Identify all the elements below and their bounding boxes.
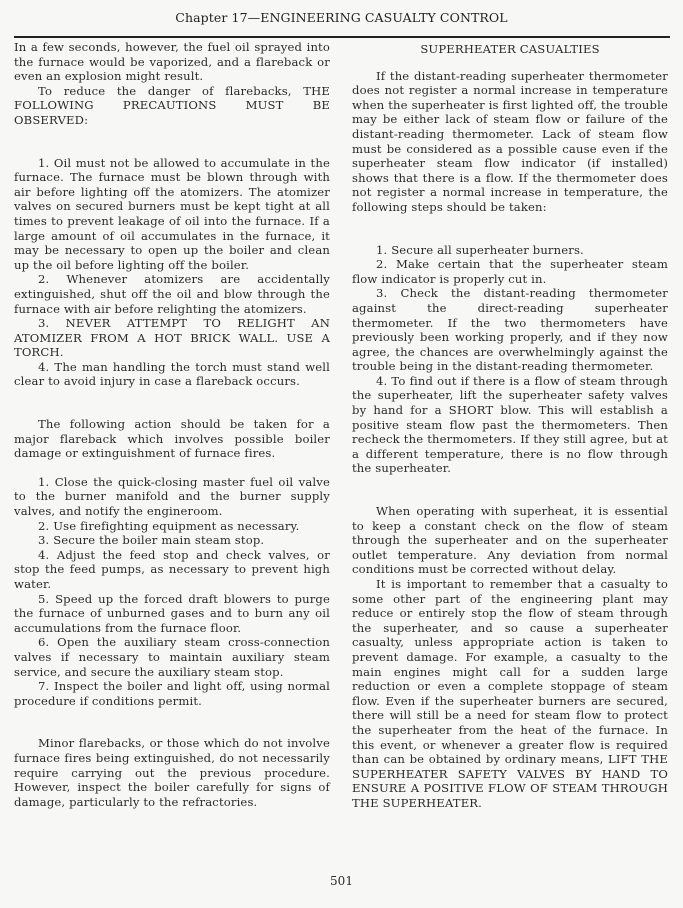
right-column: SUPERHEATER CASUALTIES If the distant-re… [352,40,668,811]
precaution-item: 2. Whenever atomizers are accidentally e… [14,272,330,316]
left-column: In a few seconds, however, the fuel oil … [14,40,330,809]
precautions-lead: To reduce the danger of flarebacks, THE … [14,84,330,128]
running-header: Chapter 17—ENGINEERING CASUALTY CONTROL [0,10,683,25]
major-flareback-lead: The following action should be taken for… [14,417,330,461]
intro-paragraph: In a few seconds, however, the fuel oil … [14,40,330,84]
superheater-step: 1. Secure all superheater burners. [352,243,668,258]
precaution-item: 4. The man handling the torch must stand… [14,360,330,389]
major-step: 3. Secure the boiler main steam stop. [14,533,330,548]
precaution-item: 3. NEVER ATTEMPT TO RELIGHT AN ATOMIZER … [14,316,330,360]
major-step: 4. Adjust the feed stop and check valves… [14,548,330,592]
superheater-step: 3. Check the distant-reading thermometer… [352,286,668,374]
section-title: SUPERHEATER CASUALTIES [352,42,668,57]
major-step: 6. Open the auxiliary steam cross-connec… [14,635,330,679]
superheater-step: 2. Make certain that the superheater ste… [352,257,668,286]
important-paragraph: It is important to remember that a casua… [352,577,668,811]
superheater-intro: If the distant-reading superheater therm… [352,69,668,215]
superheater-step: 4. To find out if there is a flow of ste… [352,374,668,476]
major-step: 2. Use firefighting equipment as necessa… [14,519,330,534]
operating-paragraph: When operating with superheat, it is ess… [352,504,668,577]
major-step: 5. Speed up the forced draft blowers to … [14,592,330,636]
header-rule [14,36,670,38]
precaution-item: 1. Oil must not be allowed to accumulate… [14,156,330,273]
page-number: 501 [0,874,683,888]
major-step: 7. Inspect the boiler and light off, usi… [14,679,330,708]
minor-flareback-paragraph: Minor flarebacks, or those which do not … [14,736,330,809]
major-step: 1. Close the quick-closing master fuel o… [14,475,330,519]
